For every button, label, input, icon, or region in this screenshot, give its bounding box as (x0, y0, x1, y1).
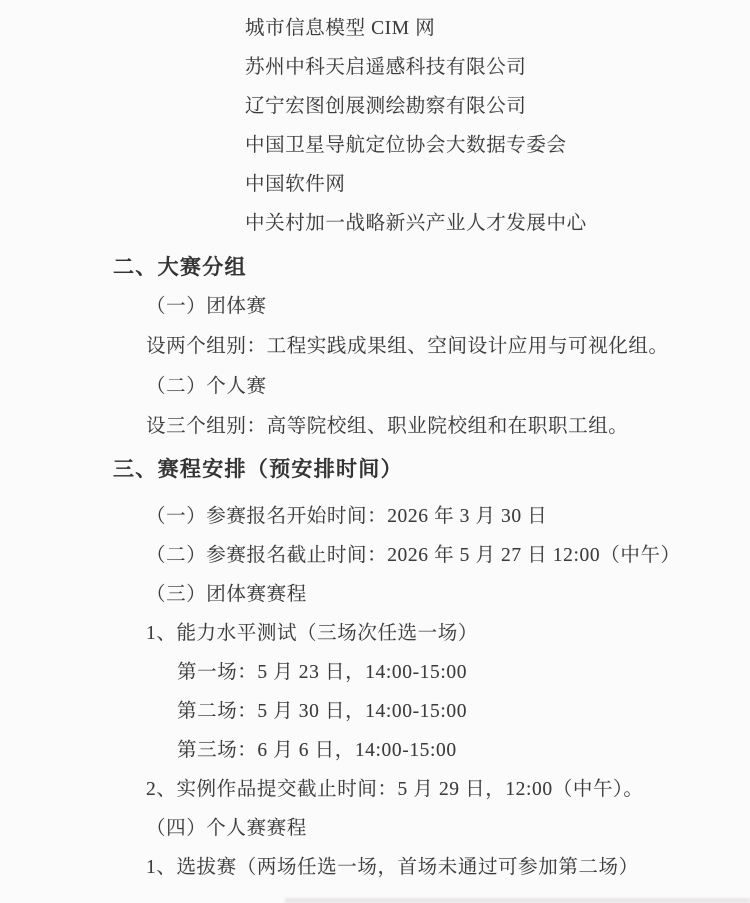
groups-subitem-team: （一）团体赛 (0, 287, 750, 327)
organizer-list: 城市信息模型 CIM 网 苏州中科天启遥感科技有限公司 辽宁宏图创展测绘勘察有限… (0, 9, 750, 243)
scanned-document-page: 城市信息模型 CIM 网 苏州中科天启遥感科技有限公司 辽宁宏图创展测绘勘察有限… (0, 0, 750, 903)
schedule-individual-heading: （四）个人赛赛程 (0, 809, 750, 848)
section-schedule: 三、赛程安排（预安排时间） （一）参赛报名开始时间：2026 年 3 月 30 … (0, 449, 750, 887)
groups-subitem-individual: （二）个人赛 (0, 367, 750, 407)
organizer-item: 苏州中科天启遥感科技有限公司 (0, 48, 750, 87)
schedule-qualifier: 1、选拔赛（两场任选一场，首场未通过可参加第二场） (0, 848, 750, 887)
organizer-item: 中国卫星导航定位协会大数据专委会 (0, 126, 750, 165)
schedule-submission-deadline: 2、实例作品提交截止时间：5 月 29 日，12:00（中午）。 (0, 770, 750, 809)
section-heading-groups: 二、大赛分组 (0, 247, 750, 287)
section-competition-groups: 二、大赛分组 （一）团体赛 设两个组别：工程实践成果组、空间设计应用与可视化组。… (0, 247, 750, 447)
schedule-session-2: 第二场：5 月 30 日，14:00-15:00 (0, 692, 750, 731)
groups-team-categories: 设两个组别：工程实践成果组、空间设计应用与可视化组。 (0, 327, 750, 367)
groups-individual-categories: 设三个组别：高等院校组、职业院校组和在职职工组。 (0, 407, 750, 447)
organizer-item: 城市信息模型 CIM 网 (0, 9, 750, 48)
schedule-ability-test: 1、能力水平测试（三场次任选一场） (0, 614, 750, 653)
organizer-item: 中国软件网 (0, 165, 750, 204)
organizer-item: 辽宁宏图创展测绘勘察有限公司 (0, 87, 750, 126)
schedule-session-3: 第三场：6 月 6 日，14:00-15:00 (0, 731, 750, 770)
section-heading-schedule: 三、赛程安排（预安排时间） (0, 449, 750, 489)
schedule-registration-deadline: （二）参赛报名截止时间：2026 年 5 月 27 日 12:00（中午） (0, 536, 750, 575)
scan-artifact-smudge (285, 898, 750, 903)
organizer-item: 中关村加一战略新兴产业人才发展中心 (0, 204, 750, 243)
schedule-session-1: 第一场：5 月 23 日，14:00-15:00 (0, 653, 750, 692)
schedule-registration-start: （一）参赛报名开始时间：2026 年 3 月 30 日 (0, 497, 750, 536)
schedule-team-heading: （三）团体赛赛程 (0, 575, 750, 614)
